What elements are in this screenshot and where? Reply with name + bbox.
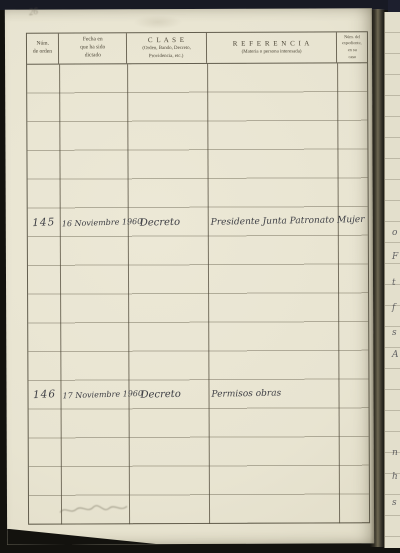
cell-referencia: Permisos obras [208,379,339,410]
adjacent-page-edge: oFtfsAnhs [384,12,400,548]
header-num-line1: Núm. [36,41,48,48]
header-fecha-line3: dictado [84,53,100,60]
cell-referencia [207,121,337,150]
cell-fecha: 17 Noviembre 1960 [60,380,129,411]
table-row: 14617 Noviembre 1960DecretoPermisos obra… [28,379,368,409]
table-row [28,236,368,266]
table-row [29,408,369,438]
register-page: 26 Núm. de orden Fecha en que ha sido di… [5,8,374,545]
cell-num [29,496,61,525]
header-clase: C L A S E (Orden, Bando, Decreto, Provid… [127,33,207,63]
cell-clase [129,495,209,524]
cell-clase [128,179,208,208]
cell-referencia [208,265,338,294]
cell-clase [129,409,209,438]
cell-expediente [338,322,368,351]
header-num: Núm. de orden [27,34,59,64]
table-row [28,351,368,381]
paper-stain [123,12,193,32]
cell-fecha [61,467,129,496]
table-row [28,322,368,352]
cell-expediente [338,379,368,408]
cell-num [28,352,60,381]
page-bottom-shadow [7,528,157,545]
header-fecha-line2: que ha sido [80,45,105,52]
cell-fecha [59,93,127,122]
cell-expediente [338,264,368,293]
cell-referencia [207,63,337,92]
cell-referencia: Presidente Junta Patronato Mujer [208,206,339,237]
cell-num: 145 [27,208,60,238]
cell-clase: Decreto [128,379,209,409]
pencil-corner-mark: 26 [28,6,38,17]
cell-num [27,65,59,94]
cell-clase [129,466,209,495]
cell-clase [127,64,207,93]
handwriting-fragment: t [392,278,396,288]
cell-expediente [338,351,368,380]
cell-clase [127,93,207,122]
header-clase-sub1: (Orden, Bando, Decreto, [142,46,191,52]
cell-referencia [208,351,338,380]
handwriting-fragment: n [392,448,398,458]
cell-expediente [339,437,369,466]
cell-num [28,323,60,352]
cell-fecha [60,179,128,208]
cell-clase [129,438,209,467]
cell-expediente [337,149,367,178]
cell-fecha [59,64,127,93]
cell-num [29,410,61,439]
cell-num [28,266,60,295]
handwriting-fragment: s [392,328,397,338]
cell-num: 146 [28,380,61,410]
header-clase-sub2: Providencia, etc.) [149,53,184,59]
cell-clase [127,121,207,150]
table-body: 14516 Noviembre 1960DecretoPresidente Ju… [27,63,369,524]
table-row [28,264,368,294]
cell-num [29,467,61,496]
cell-expediente [339,466,369,495]
table-row: 14516 Noviembre 1960DecretoPresidente Ju… [28,207,368,237]
cell-clase [128,294,208,323]
table-row [27,92,367,122]
cell-num [27,122,59,151]
cell-expediente [337,121,367,150]
header-expediente-line2: expediente, [342,41,362,46]
cell-referencia [207,92,337,121]
table-row [29,494,369,524]
header-clase-title: C L A S E [148,36,185,45]
handwriting-fragment: s [392,498,397,508]
cell-referencia [208,293,338,322]
cell-expediente [339,408,369,437]
header-expediente-line3: en su [348,48,357,53]
table-row [29,437,369,467]
cell-referencia [209,495,339,524]
table-row [28,178,368,208]
cell-num [28,295,60,324]
table-header: Núm. de orden Fecha en que ha sido dicta… [27,32,367,64]
cell-fecha [59,151,127,180]
register-table: Núm. de orden Fecha en que ha sido dicta… [26,31,370,524]
handwriting-fragment: A [392,350,399,360]
cell-referencia [209,466,339,495]
cell-expediente [339,494,369,523]
table-row [27,121,367,151]
cell-expediente [338,293,368,322]
header-fecha: Fecha en que ha sido dictado [59,33,127,63]
handwriting-fragment: f [392,303,395,313]
cell-clase [128,351,208,380]
cell-fecha [61,496,129,525]
cell-referencia [208,236,338,265]
cell-expediente [338,178,368,207]
header-referencia-sub: (Materia o persona interesada) [242,49,302,55]
handwriting-fragment: h [392,472,398,482]
cell-referencia [207,150,337,179]
table-row [28,293,368,323]
table-row [27,149,367,179]
cell-fecha [60,323,128,352]
header-referencia: R E F E R E N C I A (Materia o persona i… [207,32,337,63]
cell-expediente [338,236,368,265]
header-num-line2: de orden [33,49,52,56]
header-expediente-line4: caso [348,55,356,60]
cell-fecha: 16 Noviembre 1960 [59,207,128,238]
cell-num [28,237,60,266]
cell-referencia [209,437,339,466]
cell-fecha [61,438,129,467]
header-expediente-line1: Núm. del [344,35,360,40]
header-fecha-line1: Fecha en [83,37,103,44]
cell-expediente [337,63,367,92]
cell-expediente [337,92,367,121]
cell-clase [128,236,208,265]
cell-fecha [59,122,127,151]
header-expediente: Núm. del expediente, en su caso [337,32,367,62]
cell-num [28,180,60,209]
cell-clase: Decreto [127,207,208,237]
cell-num [27,93,59,122]
cell-fecha [60,237,128,266]
cell-fecha [61,409,129,438]
cell-fecha [60,294,128,323]
handwriting-fragment: F [392,252,398,262]
header-referencia-title: R E F E R E N C I A [233,39,311,48]
cell-referencia [208,178,338,207]
scanned-register-photo: 26 Núm. de orden Fecha en que ha sido di… [0,0,400,553]
cell-num [27,151,59,180]
cell-referencia [209,408,339,437]
cell-fecha [60,352,128,381]
table-row [27,63,367,93]
cell-clase [128,265,208,294]
book-gutter-shadow [370,9,385,547]
table-row [29,466,369,496]
cell-clase [127,150,207,179]
cell-fecha [60,266,128,295]
cell-referencia [208,322,338,351]
handwriting-fragment: o [392,228,397,238]
cell-clase [128,323,208,352]
cell-num [29,438,61,467]
